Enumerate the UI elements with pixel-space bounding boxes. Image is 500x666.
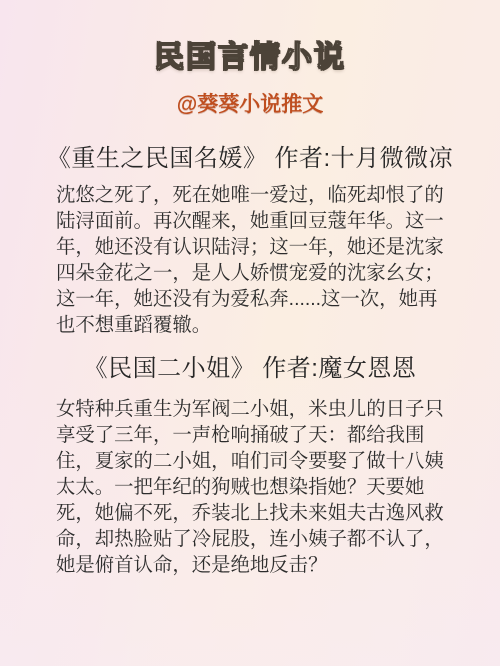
book-summary-1: 沈悠之死了，死在她唯一爱过，临死却恨了的陆浔面前。再次醒来，她重回豆蔻年华。这一… bbox=[56, 182, 445, 338]
book-section-1: 《重生之民国名媛》 作者:十月微微凉 沈悠之死了，死在她唯一爱过，临死却恨了的陆… bbox=[0, 144, 500, 338]
book-title-line-2: 《民国二小姐》 作者:魔女恩恩 bbox=[0, 354, 500, 384]
account-handle: @葵葵小说推文 bbox=[0, 93, 500, 117]
book-summary-2: 女特种兵重生为军阀二小姐，米虫儿的日子只享受了三年，一声枪响捅破了天：都给我围住… bbox=[56, 396, 445, 578]
poster-page: 民国言情小说 @葵葵小说推文 《重生之民国名媛》 作者:十月微微凉 沈悠之死了，… bbox=[0, 0, 500, 666]
page-title: 民国言情小说 bbox=[0, 0, 500, 76]
book-title-line-1: 《重生之民国名媛》 作者:十月微微凉 bbox=[0, 144, 500, 174]
book-section-2: 《民国二小姐》 作者:魔女恩恩 女特种兵重生为军阀二小姐，米虫儿的日子只享受了三… bbox=[0, 354, 500, 578]
